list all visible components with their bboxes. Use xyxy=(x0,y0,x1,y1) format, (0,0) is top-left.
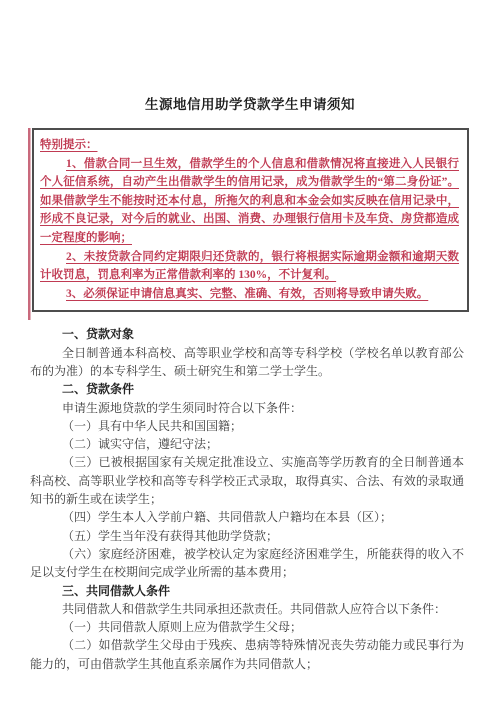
section-2-intro: 申请生源地贷款的学生须同时符合以下条件： xyxy=(30,399,464,417)
section-3-intro: 共同借款人和借款学生共同承担还款责任。共同借款人应符合以下条件： xyxy=(30,600,464,618)
section-3-item-2: （二）如借款学生父母由于残疾、患病等特殊情况丧失劳动能力或民事行为能力的，可由借… xyxy=(30,636,464,673)
section-2-item-6: （六）家庭经济困难，被学校认定为家庭经济困难学生，所能获得的收入不足以支付学生在… xyxy=(30,545,464,582)
section-1-paragraph: 全日制普通本科高校、高等职业学校和高等专科学校（学校名单以教育部公布的为准）的本… xyxy=(30,344,464,381)
section-2-item-3: （三）已被根据国家有关规定批准设立、实施高等学历教育的全日制普通本科高校、高等职… xyxy=(30,453,464,508)
section-3-item-1: （一）共同借款人原则上应为借款学生父母； xyxy=(30,618,464,636)
special-notice-box: 特别提示： 1、借款合同一旦生效，借款学生的个人信息和借款情况将直接进入人民银行… xyxy=(32,128,469,312)
section-2-item-4: （四）学生本人入学前户籍、共同借款人户籍均在本县（区）； xyxy=(30,508,464,526)
notice-item-3: 3、必须保证申请信息真实、完整、准确、有效，否则将导致申请失败。 xyxy=(40,285,459,304)
document-body: 一、贷款对象 全日制普通本科高校、高等职业学校和高等专科学校（学校名单以教育部公… xyxy=(30,325,464,673)
section-3-heading: 三、共同借款人条件 xyxy=(30,582,464,600)
notice-box-frame: 特别提示： 1、借款合同一旦生效，借款学生的个人信息和借款情况将直接进入人民银行… xyxy=(32,128,469,312)
section-2-heading: 二、贷款条件 xyxy=(30,380,464,398)
section-1-heading: 一、贷款对象 xyxy=(30,325,464,343)
section-2-item-5: （五）学生当年没有获得其他助学贷款； xyxy=(30,527,464,545)
section-2-item-1: （一）具有中华人民共和国国籍； xyxy=(30,417,464,435)
section-2-item-2: （二）诚实守信，遵纪守法； xyxy=(30,435,464,453)
notice-item-1: 1、借款合同一旦生效，借款学生的个人信息和借款情况将直接进入人民银行个人征信系统… xyxy=(40,155,459,248)
red-accent-line xyxy=(28,128,31,320)
notice-heading: 特别提示： xyxy=(40,136,98,155)
page-title: 生源地信用助学贷款学生申请须知 xyxy=(0,96,500,113)
document-page: 生源地信用助学贷款学生申请须知 特别提示： 1、借款合同一旦生效，借款学生的个人… xyxy=(0,0,500,708)
notice-item-2: 2、未按贷款合同约定期限归还贷款的，银行将根据实际逾期金额和逾期天数计收罚息，罚… xyxy=(40,248,459,285)
